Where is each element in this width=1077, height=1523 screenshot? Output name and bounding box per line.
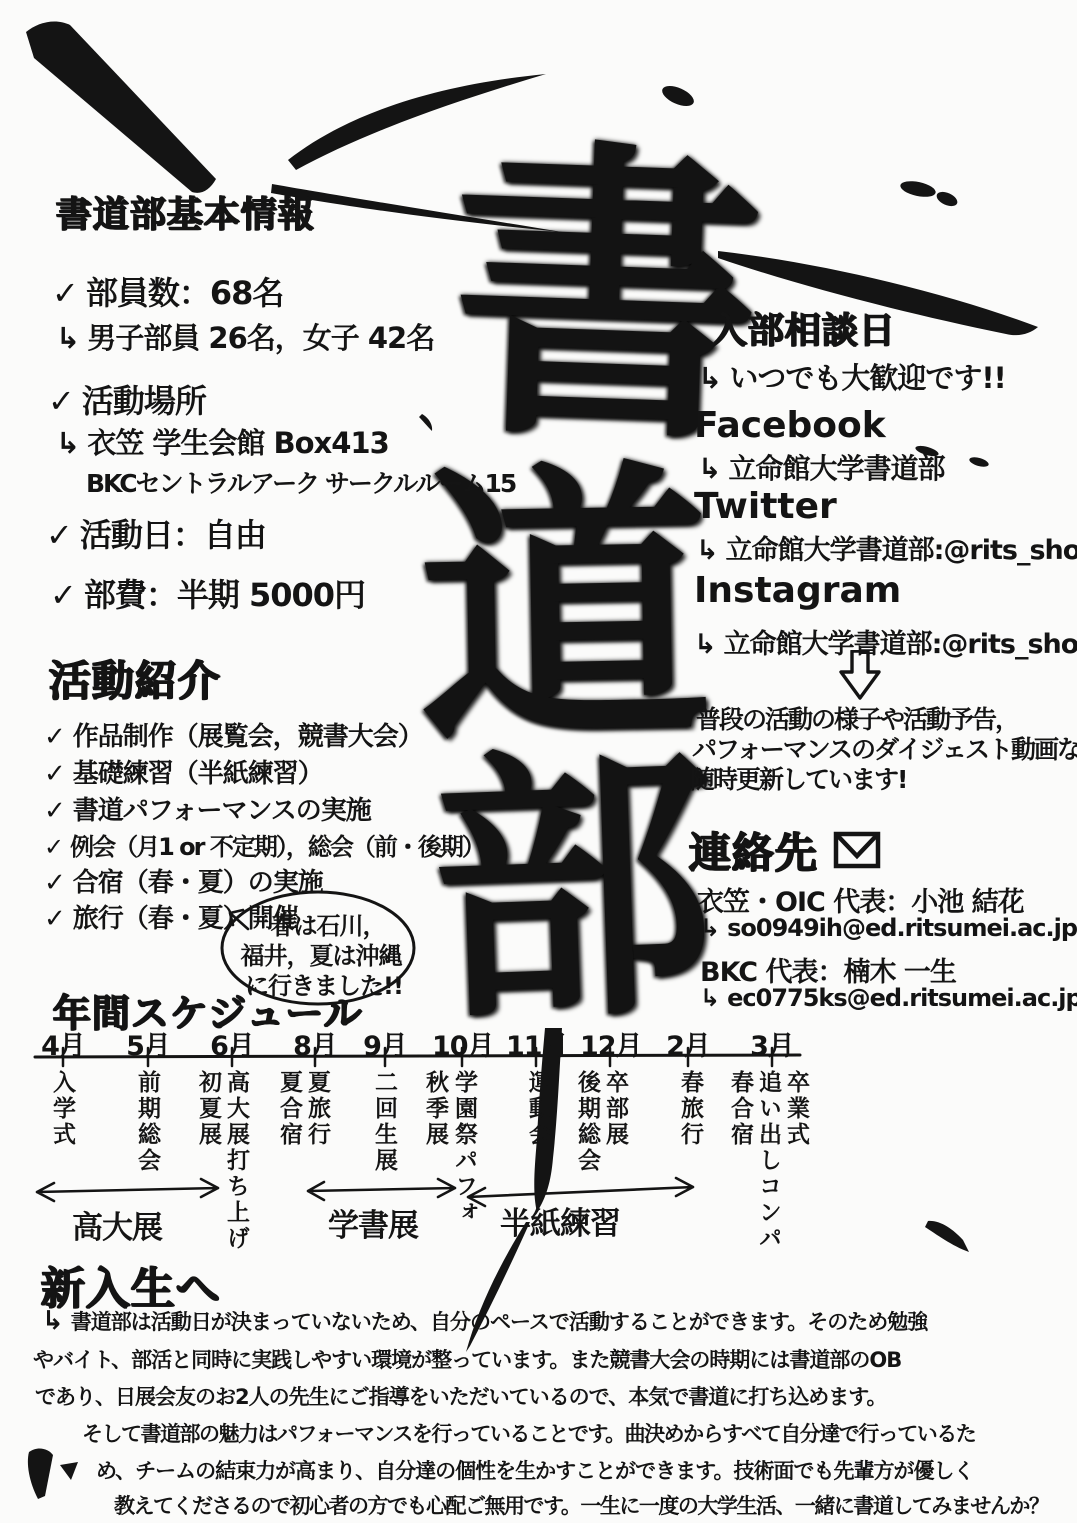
check-icon: ✓ xyxy=(44,722,65,752)
month-mar: 3月 xyxy=(742,1024,802,1063)
arrow-hook-icon: ↳ xyxy=(698,361,721,395)
event-sports-day: 運動会 xyxy=(524,1070,551,1148)
basic-info-place-kinugasa: ↳衣笠 学生会館 Box413 xyxy=(56,421,389,462)
event-kodaiten-party: 高大展打ち上げ xyxy=(222,1070,249,1252)
ink-dash-2 xyxy=(968,455,989,468)
sns-instagram-account: ↳立命館大学書道部:@rits_sho xyxy=(694,622,1077,661)
event-graduates-exhibit: 卒部展 xyxy=(601,1070,628,1148)
newcomers-line-1: ↳書道部は活動日が決まっていないため、自分のペースで活動することができます。その… xyxy=(42,1306,927,1336)
basic-info-members-detail: ↳男子部員 26名，女子 42名 xyxy=(56,316,434,357)
activity-performance: ✓書道パフォーマンスの実施 xyxy=(44,790,371,827)
month-aug: 8月 xyxy=(285,1024,345,1063)
event-early-summer-exhibit: 初夏展 xyxy=(194,1070,221,1148)
ink-dot-top-center xyxy=(659,82,697,110)
event-summer-camp: 夏合宿 xyxy=(275,1070,302,1148)
ink-dot-right-1 xyxy=(899,178,937,199)
span-label-hanshi-practice: 半紙練習 xyxy=(500,1198,620,1243)
sns-facebook-label: Facebook xyxy=(694,405,886,446)
month-feb: 2月 xyxy=(658,1024,718,1063)
span-label-gakushoten: 学書展 xyxy=(328,1200,418,1245)
envelope-icon xyxy=(832,830,882,870)
sns-facebook-account: ↳立命館大学書道部 xyxy=(698,447,944,487)
ink-comma xyxy=(419,414,432,431)
check-icon: ✓ xyxy=(44,833,62,861)
arrow-hook-icon: ↳ xyxy=(56,426,79,460)
arrow-hook-icon: ↳ xyxy=(42,1306,63,1336)
event-spring-camp: 春合宿 xyxy=(726,1070,753,1148)
event-summer-trip: 夏旅行 xyxy=(303,1070,330,1148)
newcomers-line-5: め、チームの結束力が高まり、自分達の個性を生かすことができます。技術面でも先輩方… xyxy=(96,1455,973,1485)
check-icon: ✓ xyxy=(52,274,78,312)
check-icon: ✓ xyxy=(44,759,65,789)
event-festival-performance: 学園祭パフォ xyxy=(450,1070,477,1226)
basic-info-fee: ✓部費：半期 5000円 xyxy=(50,570,365,616)
basic-info-title: 書道部基本情報 xyxy=(55,186,314,237)
down-arrow-icon xyxy=(838,650,882,700)
brush-stroke-top-left xyxy=(26,21,216,192)
calligraphy-club-flyer: { "page": {"paper_color": "#fbfbfa", "in… xyxy=(0,0,1077,1523)
sns-twitter-label: Twitter xyxy=(694,486,837,527)
arrow-hook-icon: ↳ xyxy=(56,321,79,355)
event-second-year-exhibit: 二回生展 xyxy=(370,1070,397,1174)
arrow-hook-icon: ↳ xyxy=(698,452,720,485)
event-second-term-meeting: 後期総会 xyxy=(573,1070,600,1174)
newcomers-line-6: 教えてくださるので初心者の方でも心配ご無用です。一生に一度の大学生活、一緒に書道… xyxy=(114,1490,1048,1520)
main-calligraphy-bu: 部 xyxy=(427,743,719,1035)
activities-title: 活動紹介 xyxy=(48,648,220,708)
span-arrow-gakushoten xyxy=(308,1179,455,1200)
event-autumn-exhibit: 秋季展 xyxy=(421,1070,448,1148)
month-sep: 9月 xyxy=(355,1024,415,1063)
sns-note-line-3: 随時更新しています! xyxy=(690,760,906,796)
basic-info-place: ✓活動場所 xyxy=(48,376,206,422)
basic-info-days: ✓活動日：自由 xyxy=(46,510,266,556)
sns-twitter-account: ↳立命館大学書道部:@rits_sho xyxy=(696,528,1077,567)
newcomers-line-3: であり、日展会友のお2人の先生にご指導をいただいているので、本気で書道に打ち込め… xyxy=(35,1381,887,1411)
contact-title: 連絡先 xyxy=(688,828,817,877)
main-calligraphy-dou: 道 xyxy=(415,459,712,756)
ink-mark-bottom-right xyxy=(925,1221,969,1252)
activity-camp: ✓合宿（春・夏）の実施 xyxy=(44,862,323,899)
month-apr: 4月 xyxy=(33,1024,93,1063)
event-first-term-meeting: 前期総会 xyxy=(133,1070,160,1174)
check-icon: ✓ xyxy=(48,382,74,420)
arrow-hook-icon: ↳ xyxy=(694,629,716,660)
event-farewell-party: 追い出しコンパ xyxy=(754,1070,781,1252)
check-icon: ✓ xyxy=(46,516,72,554)
activity-works: ✓作品制作（展覧会，競書大会） xyxy=(44,716,423,753)
contact-header: 連絡先 xyxy=(688,820,882,880)
sns-instagram-label: Instagram xyxy=(694,570,901,611)
month-may: 5月 xyxy=(118,1024,178,1063)
newcomers-line-2: やバイト、部活と同時に実践しやすい環境が整っています。また競書大会の時期には書道… xyxy=(33,1344,901,1374)
ink-dot-right-2 xyxy=(935,189,960,209)
basic-info-members: ✓部員数：68名 xyxy=(52,268,283,314)
check-icon: ✓ xyxy=(44,868,65,898)
basic-info-place-bkc: BKCセントラルアーク サークルルーム15 xyxy=(86,464,515,500)
month-jun: 6月 xyxy=(202,1024,262,1063)
arrow-hook-icon: ↳ xyxy=(700,914,719,942)
activity-meetings: ✓例会（月1 or 不定期），総会（前・後期） xyxy=(44,827,484,862)
activity-basic-practice: ✓基礎練習（半紙練習） xyxy=(44,753,323,790)
check-icon: ✓ xyxy=(44,904,65,934)
contact-email-kinugasa: ↳so0949ih@ed.ritsumei.ac.jp xyxy=(700,914,1077,942)
event-entrance-ceremony: 入学式 xyxy=(48,1070,75,1148)
month-nov: 11月 xyxy=(506,1024,566,1063)
span-arrow-kodaiten xyxy=(37,1179,218,1201)
contact-email-bkc: ↳ec0775ks@ed.ritsumei.ac.jp xyxy=(700,984,1077,1012)
month-oct: 10月 xyxy=(432,1024,492,1063)
ink-mark-bottom-left-small xyxy=(60,1462,78,1480)
event-spring-trip: 春旅行 xyxy=(676,1070,703,1148)
month-dec: 12月 xyxy=(580,1024,640,1063)
arrow-hook-icon: ↳ xyxy=(696,535,718,566)
span-label-kodaiten: 高大展 xyxy=(72,1202,162,1247)
ink-mark-bottom-left-big xyxy=(28,1448,53,1499)
check-icon: ✓ xyxy=(50,576,76,614)
event-graduation-ceremony: 卒業式 xyxy=(782,1070,809,1148)
consult-title: 入部相談日 xyxy=(710,302,895,353)
consult-welcome: ↳いつでも大歓迎です!! xyxy=(698,356,1006,397)
arrow-hook-icon: ↳ xyxy=(700,984,719,1012)
check-icon: ✓ xyxy=(44,796,65,826)
newcomers-line-4: そして書道部の魅力はパフォーマンスを行っていることです。曲決めからすべて自分達で… xyxy=(82,1418,975,1448)
